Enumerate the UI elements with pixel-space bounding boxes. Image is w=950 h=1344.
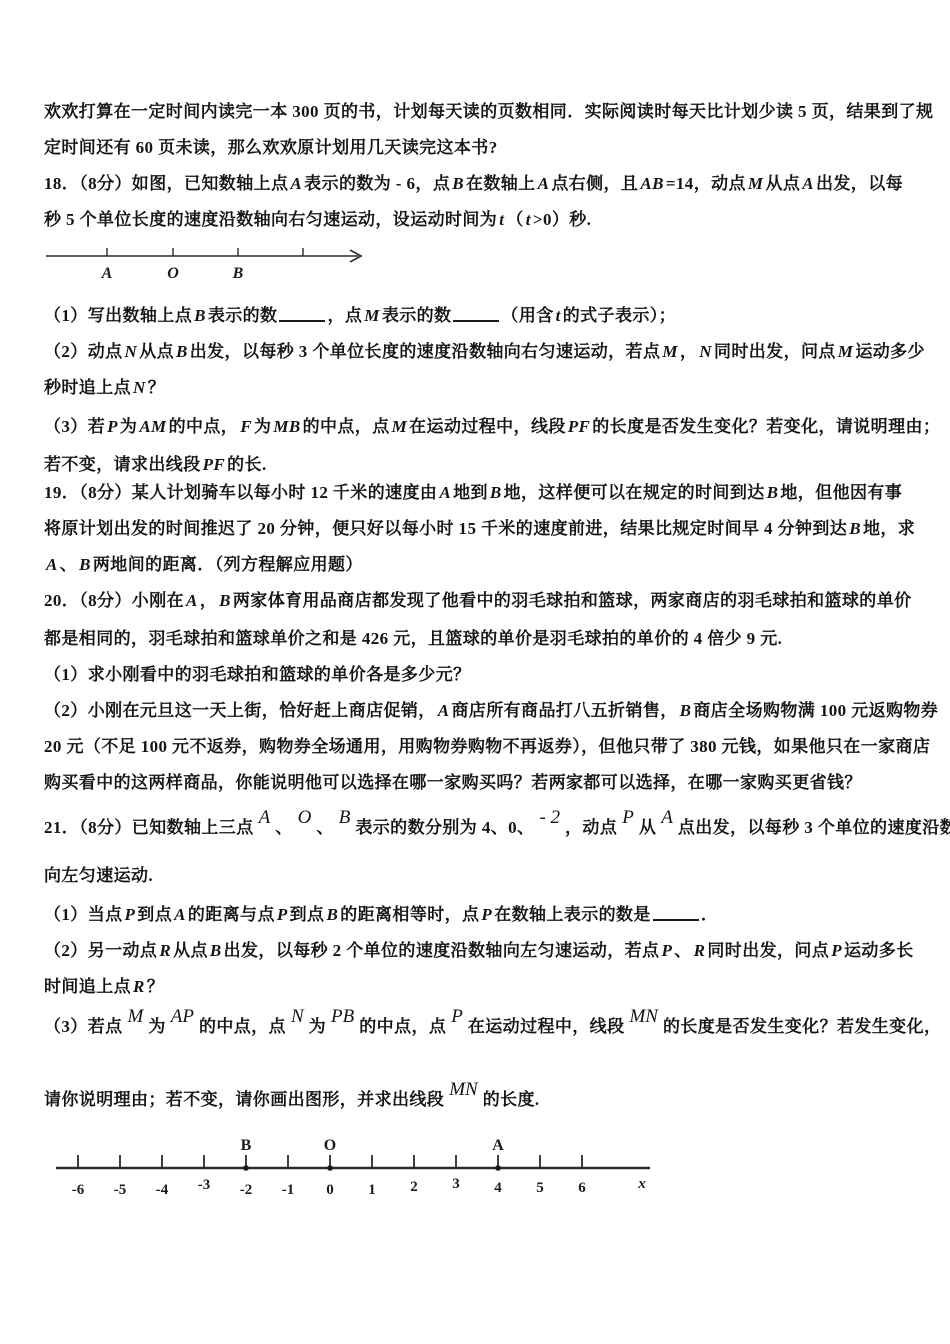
math-letter: A [172,905,188,924]
math-letter: P [123,905,138,924]
math-letter: B [847,519,863,538]
math-letter: A [437,483,453,502]
p20-line2: 都是相同的，羽毛球拍和篮球单价之和是 426 元，且篮球的单价是羽毛球拍的单价的… [44,621,912,657]
math-letter: N [697,342,714,361]
math-letter: F [238,417,254,436]
math-letter: B [450,174,466,193]
p18-q3-line1: （3）若P为AM的中点，F为MB的中点，点M在运动过程中，线段PF的长度是否发生… [44,409,912,445]
axis21-tick-label: -2 [240,1182,253,1198]
numberline-figure-21: -6-5-4-3-2-10123456BOAx [50,1136,912,1210]
p19-line3: A、B两地间的距离．（列方程解应用题） [44,547,912,583]
p20-q2-line3: 购买看中的这两样商品，你能说明他可以选择在哪一家购买吗？若两家都可以选择，在哪一… [44,765,912,801]
math-letter: A [436,701,452,720]
axis18-point-label: A [101,265,113,282]
axis21-tick-label: -1 [282,1182,295,1198]
math-letter: P [275,905,290,924]
p20-q2-line1: （2）小刚在元旦这一天上街，恰好赶上商店促销，A商店所有商品打八五折销售，B商店… [44,693,912,729]
p21-q2-line2: 时间追上点R？ [44,969,912,1005]
math-letter: M [746,174,766,193]
math-letter: MB [271,417,302,436]
axis21-tick-label: -3 [198,1177,211,1193]
math-letter-raised: MN [444,1079,483,1100]
math-letter-raised: M [123,1006,149,1027]
math-letter: M [660,342,680,361]
math-letter: B [324,905,340,924]
math-letter: R [131,977,147,996]
p17-line2: 定时间还有 60 页未读，那么欢欢原计划用几天读完这本书? [44,130,912,166]
answer-blank [453,306,499,322]
math-letter: t [524,210,533,229]
math-letter: P [829,941,844,960]
axis21-point-label: B [241,1137,252,1154]
axis21-tick-label: -5 [114,1182,127,1198]
math-letter: t [497,210,506,229]
axis21-tick-label: 5 [536,1180,544,1196]
math-letter: PF [566,417,593,436]
math-letter: A [44,555,60,574]
math-letter: R [157,941,173,960]
p21-q2-line1: （2）另一动点R从点B出发，以每秒 2 个单位的速度沿数轴向左匀速运动，若点P、… [44,933,912,969]
axis21-tick-label: -6 [72,1182,85,1198]
math-letter: N [131,378,148,397]
math-letter: M [362,306,382,325]
math-letter-raised: P [617,807,639,828]
math-letter-raised: O [293,807,317,828]
axis21-tick-label: 4 [494,1180,502,1196]
math-letter: B [192,306,208,325]
math-letter: A [800,174,816,193]
answer-blank [279,306,325,322]
p20-q2-line2: 20 元（不足 100 元不返券，购物券全场通用，用购物券购物不再返券），但他只… [44,729,912,765]
p21-q3-line2: 请你说明理由；若不变，请你画出图形，并求出线段MN的长度. [44,1082,912,1118]
math-letter-raised: N [286,1006,309,1027]
document-body: 欢欢打算在一定时间内读完一本 300 页的书，计划每天读的页数相同．实际阅读时每… [0,0,950,1210]
p17-line1: 欢欢打算在一定时间内读完一本 300 页的书，计划每天读的页数相同．实际阅读时每… [44,94,912,130]
math-letter-raised: PB [326,1006,359,1027]
p21-q1: （1）当点P到点A的距离与点P到点B的距离相等时，点P在数轴上表示的数是． [44,897,912,933]
math-letter: R [692,941,708,960]
math-letter: M [836,342,856,361]
p19-line1: 19．（8分）某人计划骑车以每小时 12 千米的速度由A地到B地，这样便可以在规… [44,475,912,511]
p21-line1: 21．（8分）已知数轴上三点A、O、B表示的数分别为 4、0、- 2，动点P从A… [44,810,912,846]
p18-q2-line2: 秒时追上点N？ [44,370,912,406]
p20-line1: 20．（8分）小刚在A，B两家体育用品商店都发现了他看中的羽毛球拍和篮球，两家商… [44,583,912,619]
math-letter-raised: B [334,807,356,828]
axis21-tick-label: 1 [368,1182,376,1198]
p20-q1: （1）求小刚看中的羽毛球拍和篮球的单价各是多少元？ [44,657,912,693]
math-letter: AM [137,417,168,436]
axis21-tick-label: 3 [452,1176,460,1192]
math-letter-raised: A [656,807,678,828]
math-letter: B [217,591,233,610]
exam-page: 欢欢打算在一定时间内读完一本 300 页的书，计划每天读的页数相同．实际阅读时每… [0,0,950,1344]
math-letter-raised: MN [624,1006,663,1027]
p18-line1: 18．（8分）如图，已知数轴上点A表示的数为 - 6，点B在数轴上A点右侧，且A… [44,166,912,202]
math-letter-raised: P [446,1006,468,1027]
axis21-tick-label: 2 [410,1179,418,1195]
p18-q1: （1）写出数轴上点B表示的数，点M表示的数（用含t的式子表示）； [44,298,912,334]
p18-line2: 秒 5 个单位长度的速度沿数轴向右匀速运动，设运动时间为t（t>0）秒. [44,202,912,238]
axis21-tick-label: -4 [156,1182,169,1198]
axis21-tick-label: 0 [326,1182,334,1198]
numberline-figure-18: AOB [44,240,912,290]
answer-blank [653,905,699,921]
math-letter: AB [638,174,665,193]
p19-line2: 将原计划出发的时间推迟了 20 分钟，便只好以每小时 15 千米的速度前进，结果… [44,511,912,547]
math-letter: B [208,941,224,960]
math-letter: t [554,306,563,325]
math-letter: A [288,174,304,193]
math-letter: B [678,701,694,720]
axis18-point-label: B [232,265,244,282]
math-letter: A [184,591,200,610]
math-letter: N [123,342,140,361]
math-letter: B [765,483,781,502]
math-letter: P [105,417,120,436]
axis21-tick-label: 6 [578,1180,586,1196]
math-letter: A [536,174,552,193]
math-letter: B [77,555,93,574]
p18-q2-line1: （2）动点N从点B出发，以每秒 3 个单位长度的速度沿数轴向右匀速运动，若点M，… [44,334,912,370]
axis21-axis-label: x [637,1176,646,1192]
math-letter: B [488,483,504,502]
axis21-point-label: O [324,1137,336,1154]
math-letter: PF [201,455,228,474]
math-letter: B [174,342,190,361]
math-letter-raised: AP [166,1006,199,1027]
math-letter: P [479,905,494,924]
axis21-point-label: A [492,1137,504,1154]
math-letter-raised: A [254,807,276,828]
p21-line2: 向左匀速运动. [44,858,912,894]
math-letter: P [659,941,674,960]
p21-q3-line1: （3）若点M为AP的中点，点N为PB的中点，点P在运动过程中，线段MN的长度是否… [44,1009,912,1045]
math-letter-raised: - 2 [534,807,565,828]
math-letter: M [390,417,410,436]
axis18-point-label: O [167,265,179,282]
